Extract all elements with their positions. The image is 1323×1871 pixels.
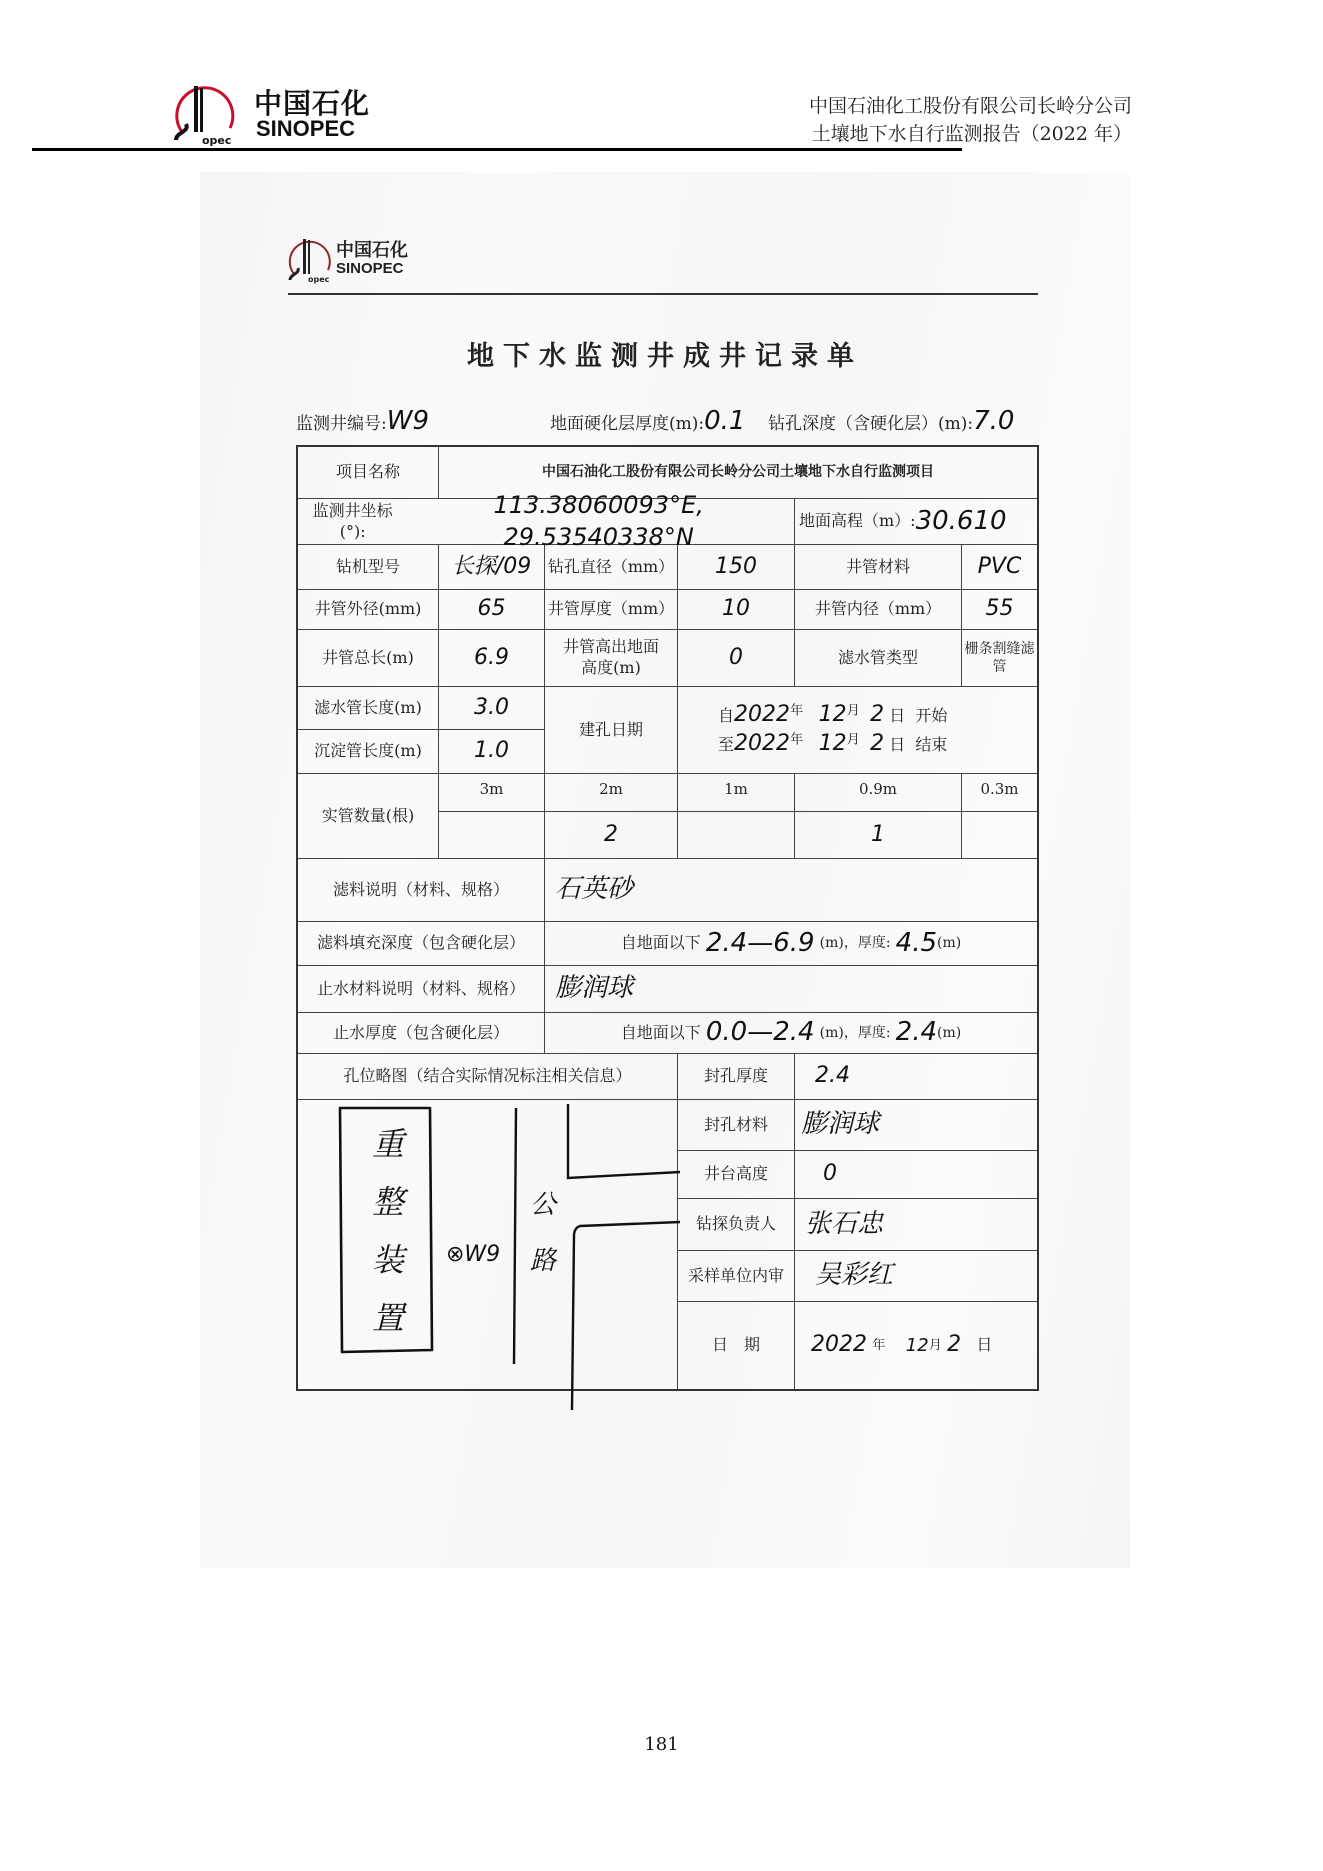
rig-model-cell: 长探/09 bbox=[439, 545, 545, 590]
end-day: 2 bbox=[870, 731, 884, 756]
coords-value: 113.38060093°E, 29.53540338°N bbox=[403, 490, 794, 552]
solid-pipe-label: 实管数量(根) bbox=[298, 774, 439, 859]
seal-material-label: 止水材料说明（材料、规格） bbox=[298, 966, 545, 1013]
casing-thickness-cell: 10 bbox=[678, 590, 795, 630]
casing-above-label: 井管高出地面 高度(m) bbox=[545, 630, 678, 687]
bore-diameter-label: 钻孔直径（mm） bbox=[545, 545, 678, 590]
end-day-unit: 日 bbox=[889, 735, 905, 754]
page-header: opec 中国石化 SINOPEC 中国石油化工股份有限公司长岭分公司 土壤地下… bbox=[172, 78, 1132, 154]
report-title: 土壤地下水自行监测报告（2022 年） bbox=[809, 120, 1132, 148]
plug-thickness-label: 封孔厚度 bbox=[678, 1054, 795, 1100]
casing-total-cell: 6.9 bbox=[439, 630, 545, 687]
form-logo-cn: 中国石化 bbox=[336, 236, 408, 262]
filter-depth-unit: (m)，厚度: bbox=[820, 934, 891, 952]
svg-text:opec: opec bbox=[202, 134, 231, 146]
casing-material-value: PVC bbox=[978, 553, 1022, 582]
platform-height-label: 井台高度 bbox=[678, 1151, 795, 1199]
form-divider bbox=[288, 293, 1038, 295]
casing-id-value: 55 bbox=[986, 595, 1014, 624]
start-day-unit: 日 bbox=[889, 706, 905, 725]
build-date-label: 建孔日期 bbox=[545, 687, 678, 774]
start-year-unit: 年 bbox=[790, 704, 803, 719]
seal-depth-range: 0.0—2.4 bbox=[706, 1016, 815, 1050]
casing-material-cell: PVC bbox=[962, 545, 1037, 590]
sump-length-label: 沉淀管长度(m) bbox=[298, 730, 439, 774]
casing-thickness-label: 井管厚度（mm） bbox=[545, 590, 678, 630]
sinopec-logo: opec 中国石化 SINOPEC bbox=[172, 78, 532, 148]
date-year-unit: 年 bbox=[872, 1337, 885, 1354]
casing-above-label-line2: 高度(m) bbox=[581, 658, 641, 679]
seal-thickness-value: 2.4 bbox=[896, 1016, 937, 1050]
seal-thickness-label: 止水厚度（包含硬化层） bbox=[298, 1013, 545, 1054]
start-year: 2022 bbox=[734, 702, 790, 727]
end-suffix: 结束 bbox=[915, 735, 947, 754]
seal-depth-prefix: 自地面以下 bbox=[621, 1023, 701, 1044]
date-day-unit: 日 bbox=[976, 1335, 992, 1356]
reviewer-cell: 吴彩红 bbox=[795, 1251, 1037, 1302]
well-id-field: 监测井编号:W9 bbox=[296, 406, 429, 436]
road-left-edge bbox=[514, 1108, 516, 1364]
reviewer-value: 吴彩红 bbox=[815, 1259, 893, 1293]
elevation-value: 30.610 bbox=[916, 505, 1007, 539]
platform-height-cell: 0 bbox=[795, 1151, 1037, 1199]
solid-pipe-count: 1 bbox=[795, 812, 962, 859]
elevation-cell: 地面高程（m）: 30.610 bbox=[795, 499, 1037, 545]
start-prefix: 自 bbox=[718, 706, 734, 725]
plug-material-cell: 膨润球 bbox=[795, 1100, 1037, 1151]
plug-thickness-cell: 2.4 bbox=[795, 1054, 1037, 1100]
date-label: 日 期 bbox=[678, 1302, 795, 1389]
coords-label: 监测井坐标(°): bbox=[302, 501, 403, 543]
drill-lead-label: 钻探负责人 bbox=[678, 1199, 795, 1251]
filter-thickness-value: 4.5 bbox=[896, 927, 937, 961]
company-name: 中国石油化工股份有限公司长岭分公司 bbox=[809, 92, 1132, 120]
reviewer-label: 采样单位内审 bbox=[678, 1251, 795, 1302]
casing-total-label: 井管总长(m) bbox=[298, 630, 439, 687]
screen-type-value: 栅条割缝滤管 bbox=[962, 630, 1037, 687]
svg-text:opec: opec bbox=[308, 275, 330, 284]
filter-material-cell: 石英砂 bbox=[545, 859, 1037, 922]
end-prefix: 至 bbox=[718, 735, 734, 754]
end-month-unit: 月 bbox=[847, 733, 860, 748]
drill-depth-value: 7.0 bbox=[973, 406, 1014, 436]
header-divider bbox=[32, 148, 962, 151]
elevation-label: 地面高程（m）: bbox=[799, 511, 916, 532]
casing-od-value: 65 bbox=[478, 595, 506, 624]
solid-pipe-size: 0.9m bbox=[795, 774, 962, 812]
drill-depth-label: 钻孔深度（含硬化层）(m): bbox=[768, 414, 973, 434]
filter-depth-label: 滤料填充深度（包含硬化层） bbox=[298, 922, 545, 966]
date-year: 2022 bbox=[811, 1331, 867, 1360]
filter-depth-range: 2.4—6.9 bbox=[706, 927, 815, 961]
well-id-value: W9 bbox=[387, 406, 429, 436]
road-label: 公路 bbox=[526, 1177, 560, 1289]
casing-above-label-line1: 井管高出地面 bbox=[563, 637, 659, 658]
logo-en-text: SINOPEC bbox=[256, 116, 355, 142]
start-month-unit: 月 bbox=[847, 704, 860, 719]
start-month: 12 bbox=[819, 702, 847, 727]
sump-length-cell: 1.0 bbox=[439, 730, 545, 774]
sinopec-emblem-icon: opec bbox=[288, 234, 334, 284]
rig-model-value: 长探/09 bbox=[452, 553, 531, 582]
build-start-line: 自2022年 12月 2 日 开始 bbox=[718, 701, 947, 730]
solid-pipe-size: 3m bbox=[439, 774, 545, 812]
solid-pipe-size: 0.3m bbox=[962, 774, 1037, 812]
screen-length-value: 3.0 bbox=[474, 694, 509, 723]
solid-pipe-count: 2 bbox=[545, 812, 678, 859]
well-record-table: 项目名称 中国石油化工股份有限公司长岭分公司土壤地下水自行监测项目 监测井坐标(… bbox=[296, 445, 1039, 1391]
casing-id-label: 井管内径（mm） bbox=[795, 590, 962, 630]
date-month: 12 bbox=[906, 1334, 929, 1357]
platform-height-value: 0 bbox=[823, 1160, 837, 1189]
end-year-unit: 年 bbox=[790, 733, 803, 748]
hardened-thickness-label: 地面硬化层厚度(m): bbox=[550, 414, 704, 434]
scanned-form: opec 中国石化 SINOPEC 地下水监测井成井记录单 监测井编号:W9 地… bbox=[200, 172, 1130, 1568]
sump-length-value: 1.0 bbox=[474, 737, 509, 766]
form-logo: opec 中国石化 SINOPEC bbox=[288, 234, 448, 288]
road-branch-top bbox=[568, 1104, 680, 1178]
solid-pipe-size: 1m bbox=[678, 774, 795, 812]
screen-type-label: 滤水管类型 bbox=[795, 630, 962, 687]
filter-material-label: 滤料说明（材料、规格） bbox=[298, 859, 545, 922]
page-number: 181 bbox=[0, 1734, 1323, 1755]
end-year: 2022 bbox=[734, 731, 790, 756]
seal-thickness-unit: (m) bbox=[937, 1024, 961, 1042]
build-date-cell: 自2022年 12月 2 日 开始 至2022年 12月 2 日 结束 bbox=[678, 687, 1037, 774]
build-end-line: 至2022年 12月 2 日 结束 bbox=[718, 730, 947, 759]
casing-thickness-value: 10 bbox=[722, 595, 750, 624]
casing-material-label: 井管材料 bbox=[795, 545, 962, 590]
casing-od-cell: 65 bbox=[439, 590, 545, 630]
filter-thickness-unit: (m) bbox=[937, 934, 961, 952]
sketch-label: 孔位略图（结合实际情况标注相关信息） bbox=[298, 1054, 678, 1100]
hardened-thickness-field: 地面硬化层厚度(m):0.1 bbox=[550, 406, 745, 436]
start-day: 2 bbox=[870, 702, 884, 727]
end-month: 12 bbox=[819, 731, 847, 756]
hardened-thickness-value: 0.1 bbox=[704, 406, 745, 436]
screen-length-label: 滤水管长度(m) bbox=[298, 687, 439, 730]
report-heading: 中国石油化工股份有限公司长岭分公司 土壤地下水自行监测报告（2022 年） bbox=[809, 92, 1132, 148]
coords-cell: 监测井坐标(°): 113.38060093°E, 29.53540338°N bbox=[298, 499, 795, 545]
bore-diameter-cell: 150 bbox=[678, 545, 795, 590]
bore-diameter-value: 150 bbox=[715, 553, 757, 582]
casing-above-cell: 0 bbox=[678, 630, 795, 687]
filter-depth-prefix: 自地面以下 bbox=[621, 933, 701, 954]
plug-material-label: 封孔材料 bbox=[678, 1100, 795, 1151]
well-id-label: 监测井编号: bbox=[296, 414, 387, 434]
date-cell: 2022 年 12月 2 日 bbox=[795, 1302, 1037, 1389]
solid-pipe-count bbox=[962, 812, 1037, 859]
form-title: 地下水监测井成井记录单 bbox=[200, 334, 1130, 373]
solid-pipe-count bbox=[678, 812, 795, 859]
well-marker: ⊗W9 bbox=[446, 1242, 500, 1267]
casing-above-value: 0 bbox=[729, 644, 743, 673]
drill-lead-cell: 张石忠 bbox=[795, 1199, 1037, 1251]
drill-depth-field: 钻孔深度（含硬化层）(m):7.0 bbox=[768, 406, 1014, 436]
form-logo-en: SINOPEC bbox=[336, 260, 404, 277]
solid-pipe-size: 2m bbox=[545, 774, 678, 812]
plug-thickness-value: 2.4 bbox=[815, 1062, 850, 1091]
casing-id-cell: 55 bbox=[962, 590, 1037, 630]
rig-model-label: 钻机型号 bbox=[298, 545, 439, 590]
seal-material-cell: 膨润球 bbox=[545, 966, 1037, 1013]
sinopec-emblem-icon: opec bbox=[172, 80, 238, 146]
screen-length-cell: 3.0 bbox=[439, 687, 545, 730]
date-day: 2 bbox=[947, 1331, 961, 1360]
plug-material-value: 膨润球 bbox=[801, 1108, 879, 1142]
reforming-unit-label: 重整装置 bbox=[366, 1115, 410, 1347]
filter-depth-cell: 自地面以下 2.4—6.9 (m)，厚度: 4.5(m) bbox=[545, 922, 1037, 966]
filter-material-value: 石英砂 bbox=[555, 873, 633, 907]
casing-od-label: 井管外径(mm) bbox=[298, 590, 439, 630]
road-branch-bottom bbox=[572, 1222, 680, 1410]
drill-lead-value: 张石忠 bbox=[805, 1208, 883, 1242]
date-month-unit: 月 bbox=[929, 1337, 942, 1354]
solid-pipe-count bbox=[439, 812, 545, 859]
seal-depth-cell: 自地面以下 0.0—2.4 (m)，厚度: 2.4(m) bbox=[545, 1013, 1037, 1054]
start-suffix: 开始 bbox=[915, 706, 947, 725]
seal-material-value: 膨润球 bbox=[555, 972, 633, 1006]
seal-depth-unit: (m)，厚度: bbox=[820, 1024, 891, 1042]
casing-total-value: 6.9 bbox=[474, 644, 509, 673]
